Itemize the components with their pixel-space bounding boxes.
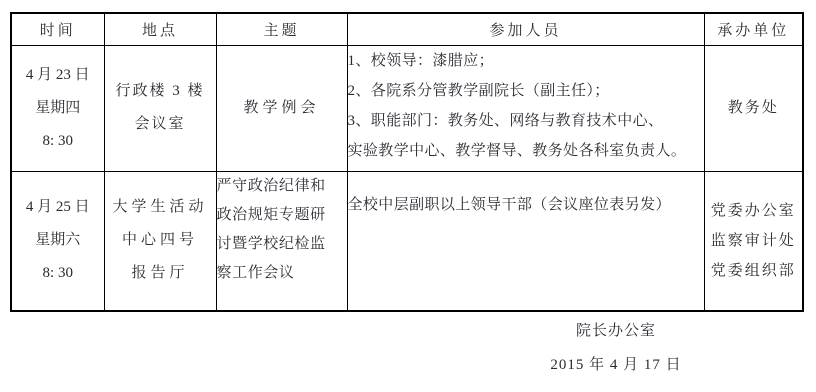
time-line: 4 月 25 日 (12, 191, 104, 224)
cell-organizer-2: 党委办公室 监察审计处 党委组织部 (704, 171, 803, 311)
time-line: 4 月 23 日 (12, 59, 104, 92)
location-line: 报告厅 (105, 257, 216, 290)
topic-line: 严守政治纪律和 (217, 172, 347, 201)
header-cell-topic: 主题 (216, 13, 347, 45)
time-line: 8: 30 (12, 125, 104, 158)
organizer-line: 教务处 (705, 93, 803, 123)
cell-time-1: 4 月 23 日 星期四 8: 30 (11, 45, 104, 171)
issuer-name: 院长办公室 (476, 314, 756, 348)
topic-line: 察工作会议 (217, 259, 347, 288)
cell-topic-2: 严守政治纪律和 政治规矩专题研 讨暨学校纪检监 察工作会议 (216, 171, 347, 311)
topic-line: 讨暨学校纪检监 (217, 230, 347, 259)
participant-line: 2、各院系分管教学副院长（副主任）； (348, 76, 704, 106)
location-line: 大学生活动 (105, 191, 216, 224)
time-line: 星期六 (12, 224, 104, 257)
time-line: 星期四 (12, 92, 104, 125)
cell-location-1: 行政楼 3 楼 会议室 (104, 45, 216, 171)
header-cell-location: 地点 (104, 13, 216, 45)
location-line: 中心四号 (105, 224, 216, 257)
location-line: 行政楼 3 楼 (105, 75, 216, 108)
cell-participants-2: 全校中层副职以上领导干部（会议座位表另发） (347, 171, 704, 311)
organizer-line: 党委办公室 (705, 196, 803, 226)
cell-location-2: 大学生活动 中心四号 报告厅 (104, 171, 216, 311)
header-row: 时间 地点 主题 参加人员 承办单位 (11, 13, 803, 45)
cell-topic-1: 教学例会 (216, 45, 347, 171)
topic-line: 政治规矩专题研 (217, 201, 347, 230)
cell-organizer-1: 教务处 (704, 45, 803, 171)
header-cell-participants: 参加人员 (347, 13, 704, 45)
participant-line: 3、职能部门：教务处、网络与教育技术中心、 (348, 106, 704, 136)
table-row-1: 4 月 23 日 星期四 8: 30 行政楼 3 楼 会议室 教学例会 1、校领… (11, 45, 803, 171)
issue-date: 2015 年 4 月 17 日 (476, 348, 756, 382)
signature-block: 院长办公室 2015 年 4 月 17 日 (476, 314, 756, 382)
organizer-line: 监察审计处 (705, 226, 803, 256)
header-cell-organizer: 承办单位 (704, 13, 803, 45)
organizer-line: 党委组织部 (705, 256, 803, 286)
header-cell-time: 时间 (11, 13, 104, 45)
meeting-schedule-table: 时间 地点 主题 参加人员 承办单位 4 月 23 日 星期四 8: 30 行政… (10, 12, 804, 312)
location-line: 会议室 (105, 108, 216, 141)
topic-line: 教学例会 (217, 92, 347, 125)
time-line: 8: 30 (12, 257, 104, 290)
participant-line: 全校中层副职以上领导干部（会议座位表另发） (348, 190, 704, 220)
participant-line: 实验教学中心、教学督导、教务处各科室负责人。 (348, 136, 704, 166)
participant-line: 1、校领导：漆腊应； (348, 46, 704, 76)
cell-time-2: 4 月 25 日 星期六 8: 30 (11, 171, 104, 311)
table-row-2: 4 月 25 日 星期六 8: 30 大学生活动 中心四号 报告厅 严守政治纪律… (11, 171, 803, 311)
cell-participants-1: 1、校领导：漆腊应； 2、各院系分管教学副院长（副主任）； 3、职能部门：教务处… (347, 45, 704, 171)
